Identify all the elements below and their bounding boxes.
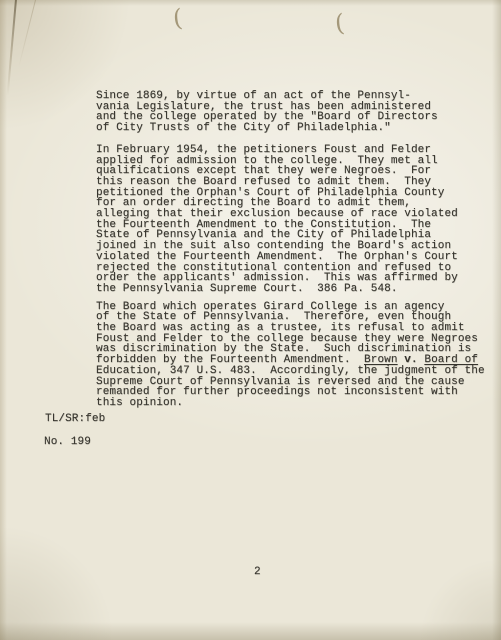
document-page: ( ( Since 1869, by virtue of an act of t… [0, 0, 501, 640]
paragraph-3-text: Education, 347 U.S. 483. Accordingly, th… [96, 365, 485, 409]
paragraph-3: The Board which operates Girard College … [96, 302, 498, 409]
paragraph-2: In February 1954, the petitioners Foust … [96, 145, 498, 295]
document-body: Since 1869, by virtue of an act of the P… [96, 91, 498, 409]
paragraph-1: Since 1869, by virtue of an act of the P… [96, 91, 498, 134]
page-number: 2 [254, 566, 261, 578]
document-number: No. 199 [44, 436, 91, 448]
pen-mark-icon: ( [172, 6, 184, 31]
fold-crease-line [7, 0, 18, 96]
fold-crease-line [18, 0, 36, 67]
pen-mark-icon: ( [334, 11, 346, 36]
typist-reference: TL/SR:feb [45, 413, 105, 425]
